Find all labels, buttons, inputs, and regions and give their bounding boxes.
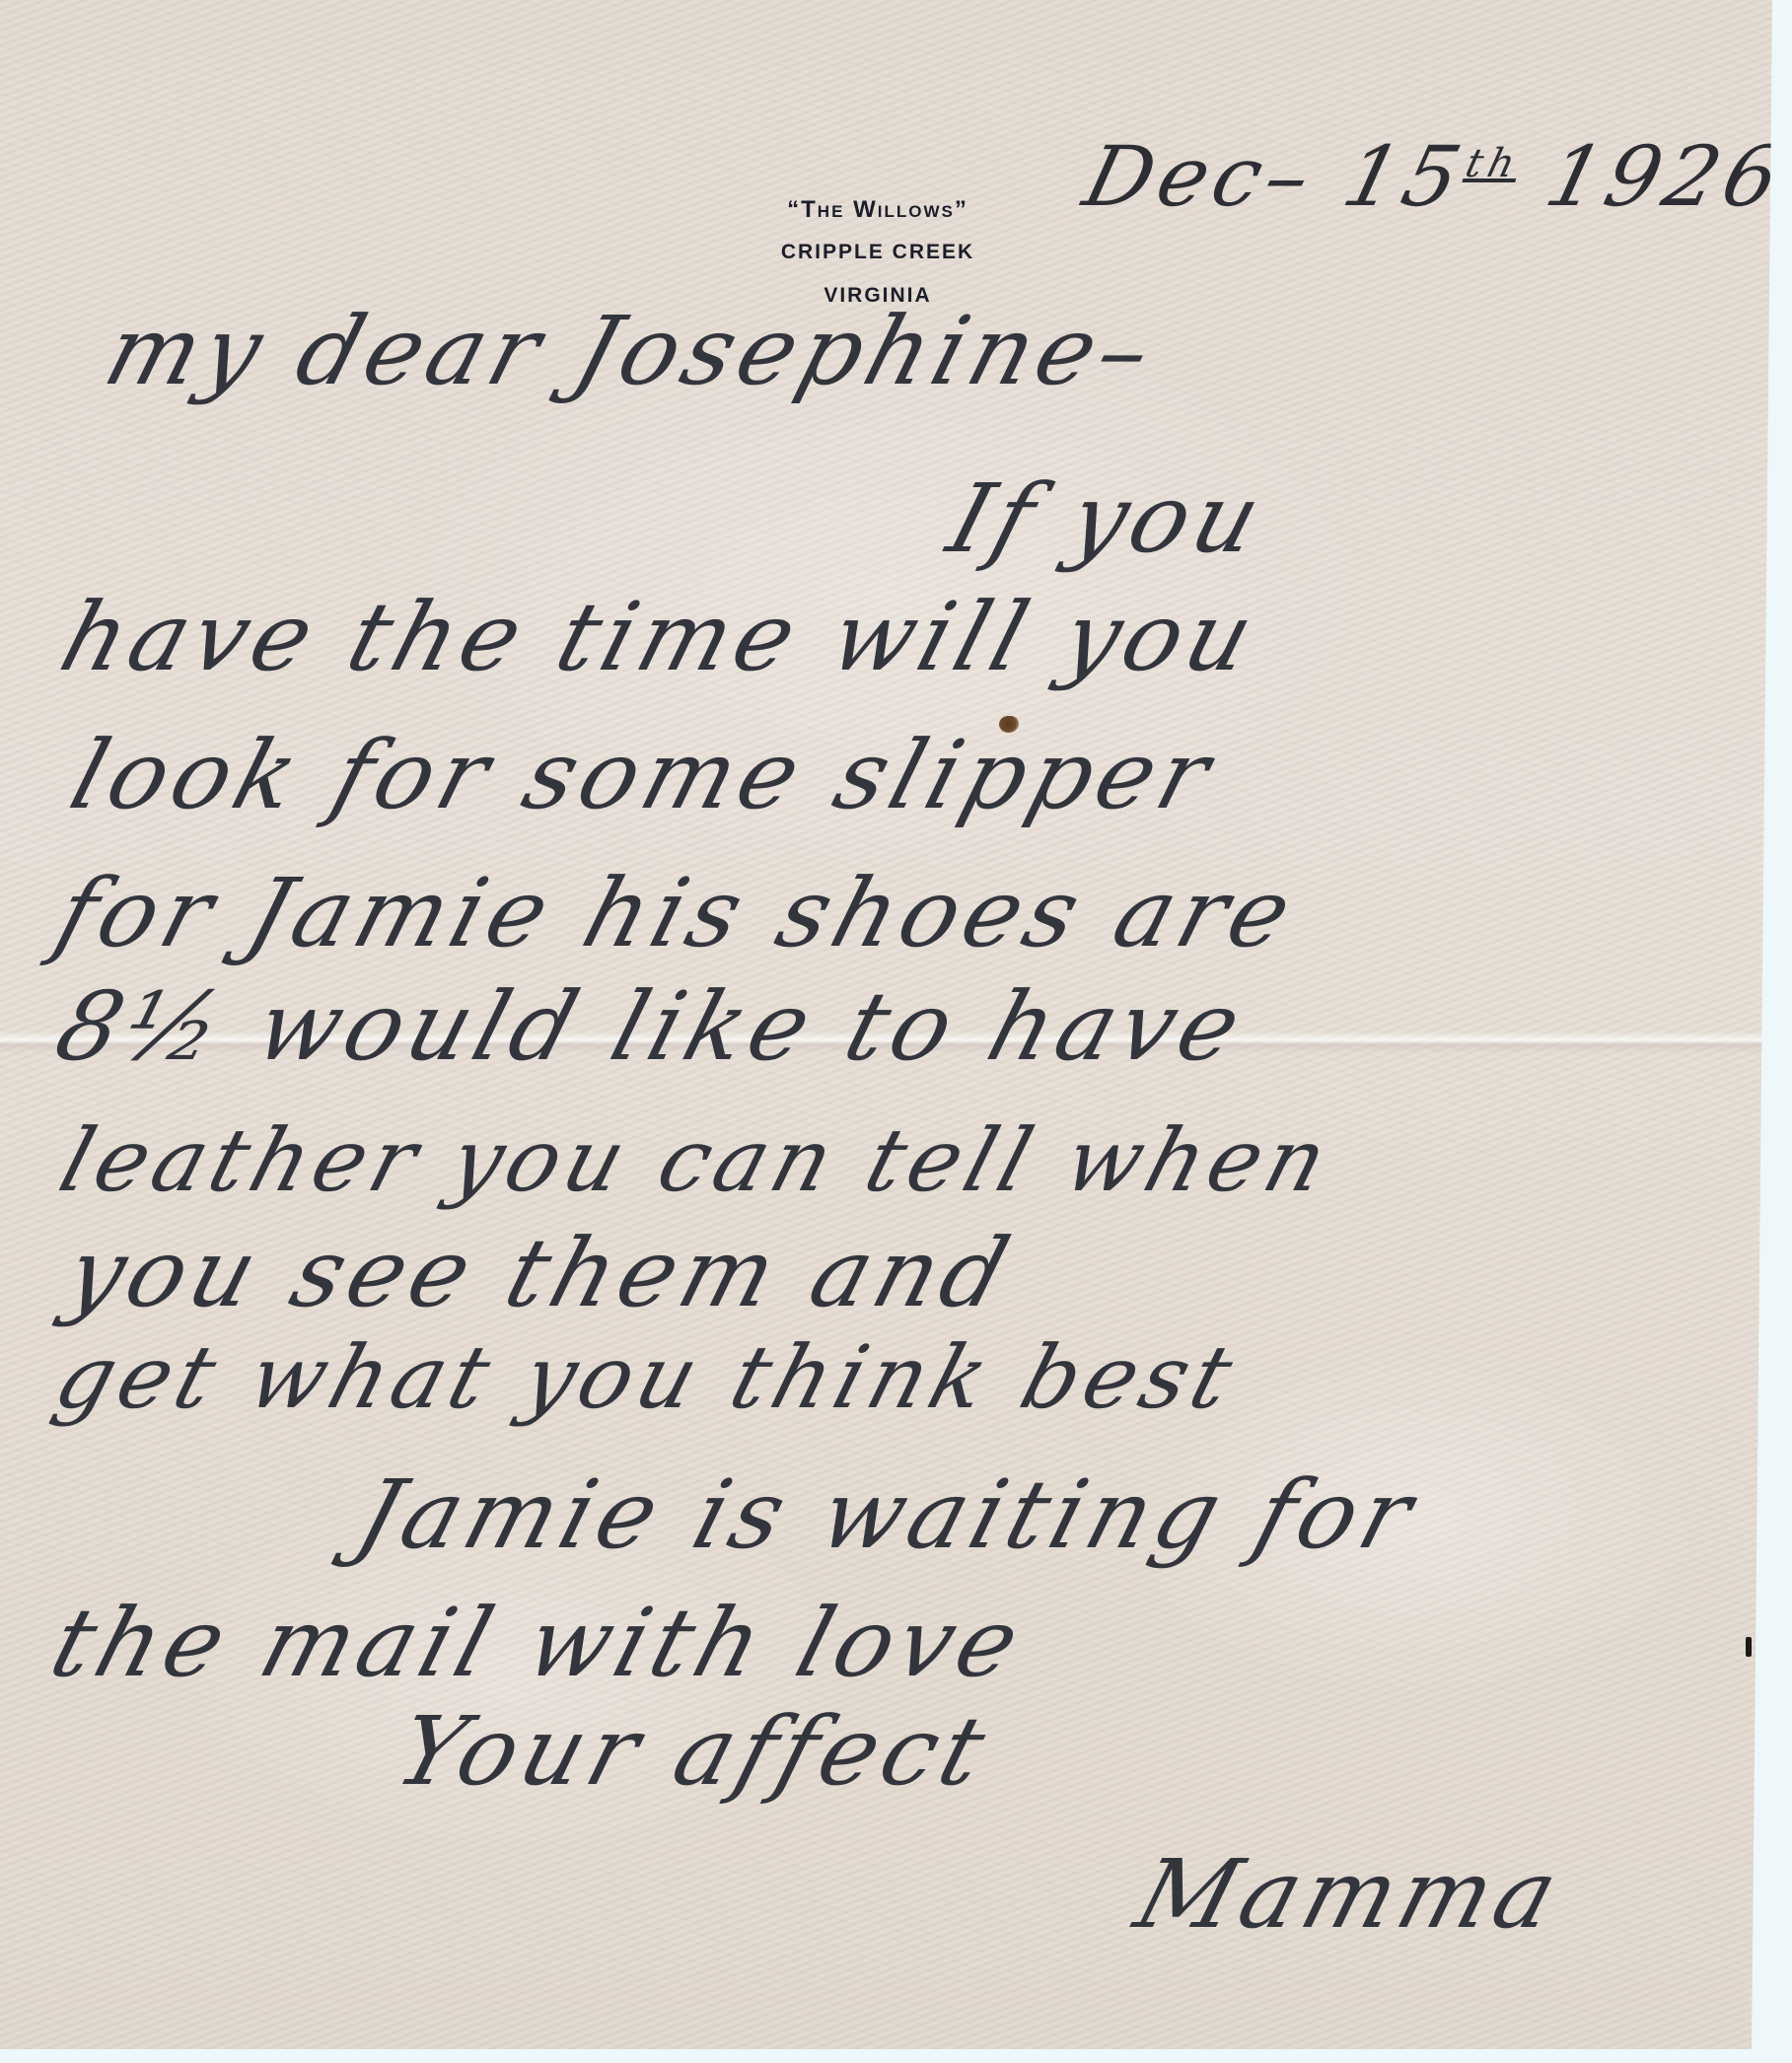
body-line: leather you can tell when	[49, 1109, 1344, 1211]
body-line: for Jamie his shoes are	[44, 858, 1309, 968]
body-line: 8½ would like to have	[44, 971, 1258, 1082]
paper-edge-mark	[1746, 1637, 1752, 1657]
salutation: my dear Josephine–	[94, 296, 1170, 406]
date-year: 1926	[1537, 128, 1792, 225]
date-day: 15	[1334, 128, 1475, 225]
body-line: look for some slipper	[59, 720, 1228, 830]
body-line: get what you think best	[44, 1326, 1250, 1428]
letterhead-estate-name: “The Willows”	[681, 189, 1075, 231]
body-line: If you	[937, 463, 1278, 574]
date-month: Dec–	[1075, 128, 1326, 225]
signature: Mamma	[1124, 1839, 1575, 1950]
body-line: Jamie is waiting for	[345, 1459, 1430, 1570]
letter-paper: “The Willows” CRIPPLE CREEK VIRGINIA Dec…	[0, 0, 1772, 2049]
letterhead-town: CRIPPLE CREEK	[681, 231, 1075, 274]
date-day-suffix: th	[1461, 141, 1525, 186]
letter-date: Dec– 15th 1926	[1075, 128, 1792, 225]
body-line: you see them and	[54, 1218, 1026, 1328]
closing: Your affect	[385, 1696, 1003, 1807]
body-line: have the time will you	[49, 582, 1271, 692]
body-line: the mail with love	[39, 1588, 1037, 1698]
